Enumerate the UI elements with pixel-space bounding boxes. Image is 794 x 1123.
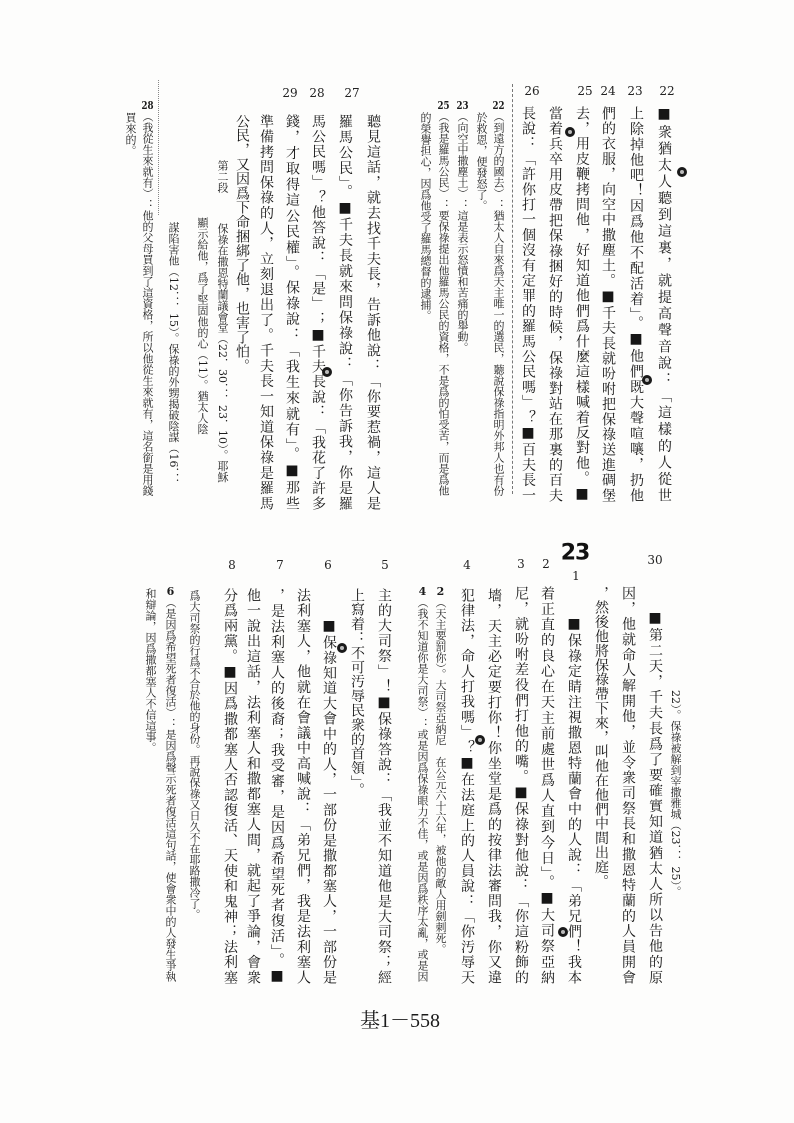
text-column: 法利塞人，他就在會議中高喊說：「弟兄們，我是法利塞人 xyxy=(294,588,312,984)
verse-number: 30 xyxy=(647,553,662,567)
footnote-text: 爲大司祭的行爲不合於他的身份。再說保祿又日久不在耶路撒冷了。 xyxy=(188,590,201,920)
footnote: 28（我從生來就有）：他的父母買到了這資格，所以他從生來就有，這名銜是用錢 xyxy=(140,100,154,496)
text-column: ■衆猶太人聽到這裏，就提高聲音說：「這樣的人從世 xyxy=(655,106,673,502)
text-column: 犯律法，命人打我嗎」？■在法庭上的人員說：「你汚辱天 xyxy=(458,588,476,984)
section-summary-line: 保祿在撒恩特蘭議會堂（22．30．．．23．10）。耶穌 xyxy=(215,223,229,483)
footnote-text: （我不知道你是大司祭）：或是因爲保祿眼力不佳，或是因爲秩序太亂，或是因 xyxy=(416,597,429,982)
text-column: ■保祿定睛注視撒恩特蘭會中的人說：「弟兄們！我本 xyxy=(565,616,583,984)
text-column: ，是法利塞人的後裔；我受審，是因爲希望死者復活」。■ xyxy=(268,588,286,984)
footnote-number: 2 xyxy=(434,586,447,597)
text-column: 上寫着：不可汚辱民衆的首領」。 xyxy=(348,588,366,797)
text-column: 錢，才取得這公民權」。保祿說：「我生來就有」。■那些 xyxy=(283,114,301,510)
column-divider xyxy=(158,80,159,215)
verse-number: 3 xyxy=(517,557,525,571)
footnote-number: 22 xyxy=(492,100,505,111)
verse-number: 26 xyxy=(524,84,539,98)
verse-number: 4 xyxy=(463,558,471,572)
footnote: 於救恩，便發怒了。 xyxy=(474,112,488,211)
text-column: 他一說出這話，法利塞人和撒都塞人間，就起了爭論，會衆 xyxy=(244,588,262,984)
footnote-text: 買來的。 xyxy=(124,112,137,156)
footnote-text: （向空中撒塵土）：這是表示怒憤和苦痛的舉動。 xyxy=(456,111,469,353)
footnote-marker-icon xyxy=(337,643,347,653)
text-column: 因，他就命人解開他，並令衆司祭長和撒恩特蘭的人員開會 xyxy=(619,586,637,984)
footnote-number: 25 xyxy=(437,100,450,111)
verse-number: 5 xyxy=(381,558,389,572)
text-column: 上除掉他吧！因爲他不配活着」。■他們既大聲喧嚷，扔他 xyxy=(627,106,645,502)
section-summary-line: 22）。保祿被解到宰撒雅城（23．．．25）。 xyxy=(668,690,682,897)
footnote: 23（向空中撒塵土）：這是表示怒憤和苦痛的舉動。 xyxy=(455,100,469,353)
footnote-text: 於救恩，便發怒了。 xyxy=(475,112,488,211)
verse-number: 27 xyxy=(344,86,359,100)
footnote-number: 4 xyxy=(416,586,429,597)
chapter-number: 23 xyxy=(561,541,590,566)
text-column: 準備拷問保祿的人，立刻退出了。千夫長一知道保祿是羅馬 xyxy=(257,114,275,510)
text-column: 們的衣服，向空中撒塵土。■千夫長就吩咐把保祿送進碉堡 xyxy=(599,106,617,502)
footnote: 2（天主要罰你）。大司祭亞納尼 在公元六十六年，被他的敵人用劍刺死。 xyxy=(433,586,447,955)
footnote: 6（是因爲希望死者復活）：是因爲聲示死者復活這句話，使會衆中的人發生爭執 xyxy=(163,586,177,982)
verse-number: 29 xyxy=(282,86,297,100)
footnote-marker-icon xyxy=(642,375,652,385)
text-column: 公民，又因爲下命捆綁了他，也害了怕。 xyxy=(233,114,251,373)
scanned-bible-page: 22 23 24 25 26 ■衆猶太人聽到這裏，就提高聲音說：「這樣的人從世 … xyxy=(0,0,794,1123)
footnote-text: （我從生來就有）：他的父母買到了這資格，所以他從生來就有，這名銜是用錢 xyxy=(141,111,154,496)
verse-number: 25 xyxy=(577,84,592,98)
text-column: 墻，天主必定要打你！你坐堂是爲的按律法審問我，你又違 xyxy=(485,588,503,984)
text-column: 尼，就吩咐差役們打他的嘴。■保祿對他說：「你這粉飾的 xyxy=(512,586,530,984)
verse-number: 7 xyxy=(276,558,284,572)
text-column: 着正直的良心在天主前處世爲人直到今日」。■大司祭亞納 xyxy=(538,586,556,984)
column-divider xyxy=(512,84,513,494)
text-column: ，然後他將保祿帶下來，叫他在他們中間出庭。 xyxy=(592,586,610,888)
footnote-number: 23 xyxy=(456,100,469,111)
text-column: 去，用皮鞭拷問他，好知道他們爲什麼這樣喊着反對他。■ xyxy=(573,106,591,502)
footnote: 和辯論，因爲撒都塞人不信這事。 xyxy=(143,588,157,753)
footnote-marker-icon xyxy=(558,927,568,937)
verse-number: 2 xyxy=(542,557,550,571)
verse-number: 23 xyxy=(627,84,642,98)
footnote-text: （到遠方的國去）：猶太人自來爲天主唯一的選民，聽說保祿指明外邦人也有份 xyxy=(492,111,505,496)
footnote-marker-icon xyxy=(322,367,332,377)
verse-number: 22 xyxy=(659,84,674,98)
verse-number: 8 xyxy=(228,558,236,572)
footnote: 買來的。 xyxy=(123,112,137,156)
text-column: 分爲兩黨。■因爲撒都塞人否認復活、天使和鬼神；法利塞 xyxy=(221,588,239,984)
footnote: 22（到遠方的國去）：猶太人自來爲天主唯一的選民，聽說保祿指明外邦人也有份 xyxy=(491,100,505,496)
footnote-marker-icon xyxy=(677,167,687,177)
verse-number: 28 xyxy=(309,86,324,100)
text-column: 主的大司祭」！■保祿答說：「我並不知道他是大司祭；經 xyxy=(375,588,393,984)
footnote-number: 28 xyxy=(141,100,154,111)
text-column: ■第二天，千夫長爲了要確實知道猶太人所以告他的原 xyxy=(646,610,664,984)
footnote: 25（我是羅馬公民）：要保祿提出他羅馬公民的資格，不是爲的怕受苦，而是爲他 xyxy=(436,100,450,496)
footnote-marker-icon xyxy=(565,127,575,137)
verse-number: 6 xyxy=(324,558,332,572)
footnote-text: （是因爲希望死者復活）：是因爲聲示死者復活這句話，使會衆中的人發生爭執 xyxy=(164,597,177,982)
text-column: 馬公民嗎」？他答說：「是」；■千夫長說：「我花了許多 xyxy=(309,114,327,510)
text-column: 羅馬公民」。■千夫長就來問保祿說：「你告訴我，你是羅 xyxy=(336,114,354,510)
footnote: 4（我不知道你是大司祭）：或是因爲保祿眼力不佳，或是因爲秩序太亂，或是因 xyxy=(415,586,429,982)
text-column: ■保祿知道大會中的人，一部份是撒都塞人，一部份是 xyxy=(320,618,338,984)
footnote-text: 的榮譽担心，因爲他受了羅馬總督的逮捕。 xyxy=(419,112,432,321)
section-label: 第二段 xyxy=(215,160,229,193)
verse-number: 1 xyxy=(572,569,580,583)
section-summary-line: 顯示給他，爲了堅固他的心（11）。猶太人陰 xyxy=(195,217,209,435)
footnote: 的榮譽担心，因爲他受了羅馬總督的逮捕。 xyxy=(418,112,432,321)
verse-number: 24 xyxy=(600,84,615,98)
footnote-marker-icon xyxy=(475,735,485,745)
footnote: 爲大司祭的行爲不合於他的身份。再說保祿又日久不在耶路撒冷了。 xyxy=(187,590,201,920)
text-column: 聽見這話，就去找千夫長，告訴他說：「你要惹禍，這人是 xyxy=(364,114,382,510)
footnote-number: 6 xyxy=(164,586,177,597)
footnote-text: 和辯論，因爲撒都塞人不信這事。 xyxy=(144,588,157,753)
section-summary-line: 謀陷害他（12．．．15）。保祿的外甥揭破陰謀（16．．． xyxy=(166,222,180,490)
text-column: 當着兵卒用皮帶把保祿捆好的時候，保祿對站在那裏的百夫 xyxy=(546,106,564,502)
text-column: 長說：「許你打一個沒有定罪的羅馬公民嗎」？■百夫長一 xyxy=(519,106,537,502)
footnote-text: （我是羅馬公民）：要保祿提出他羅馬公民的資格，不是爲的怕受苦，而是爲他 xyxy=(437,111,450,496)
footnote-text: （天主要罰你）。大司祭亞納尼 在公元六十六年，被他的敵人用劍刺死。 xyxy=(434,597,447,955)
page-number: 基1－558 xyxy=(320,1004,480,1033)
